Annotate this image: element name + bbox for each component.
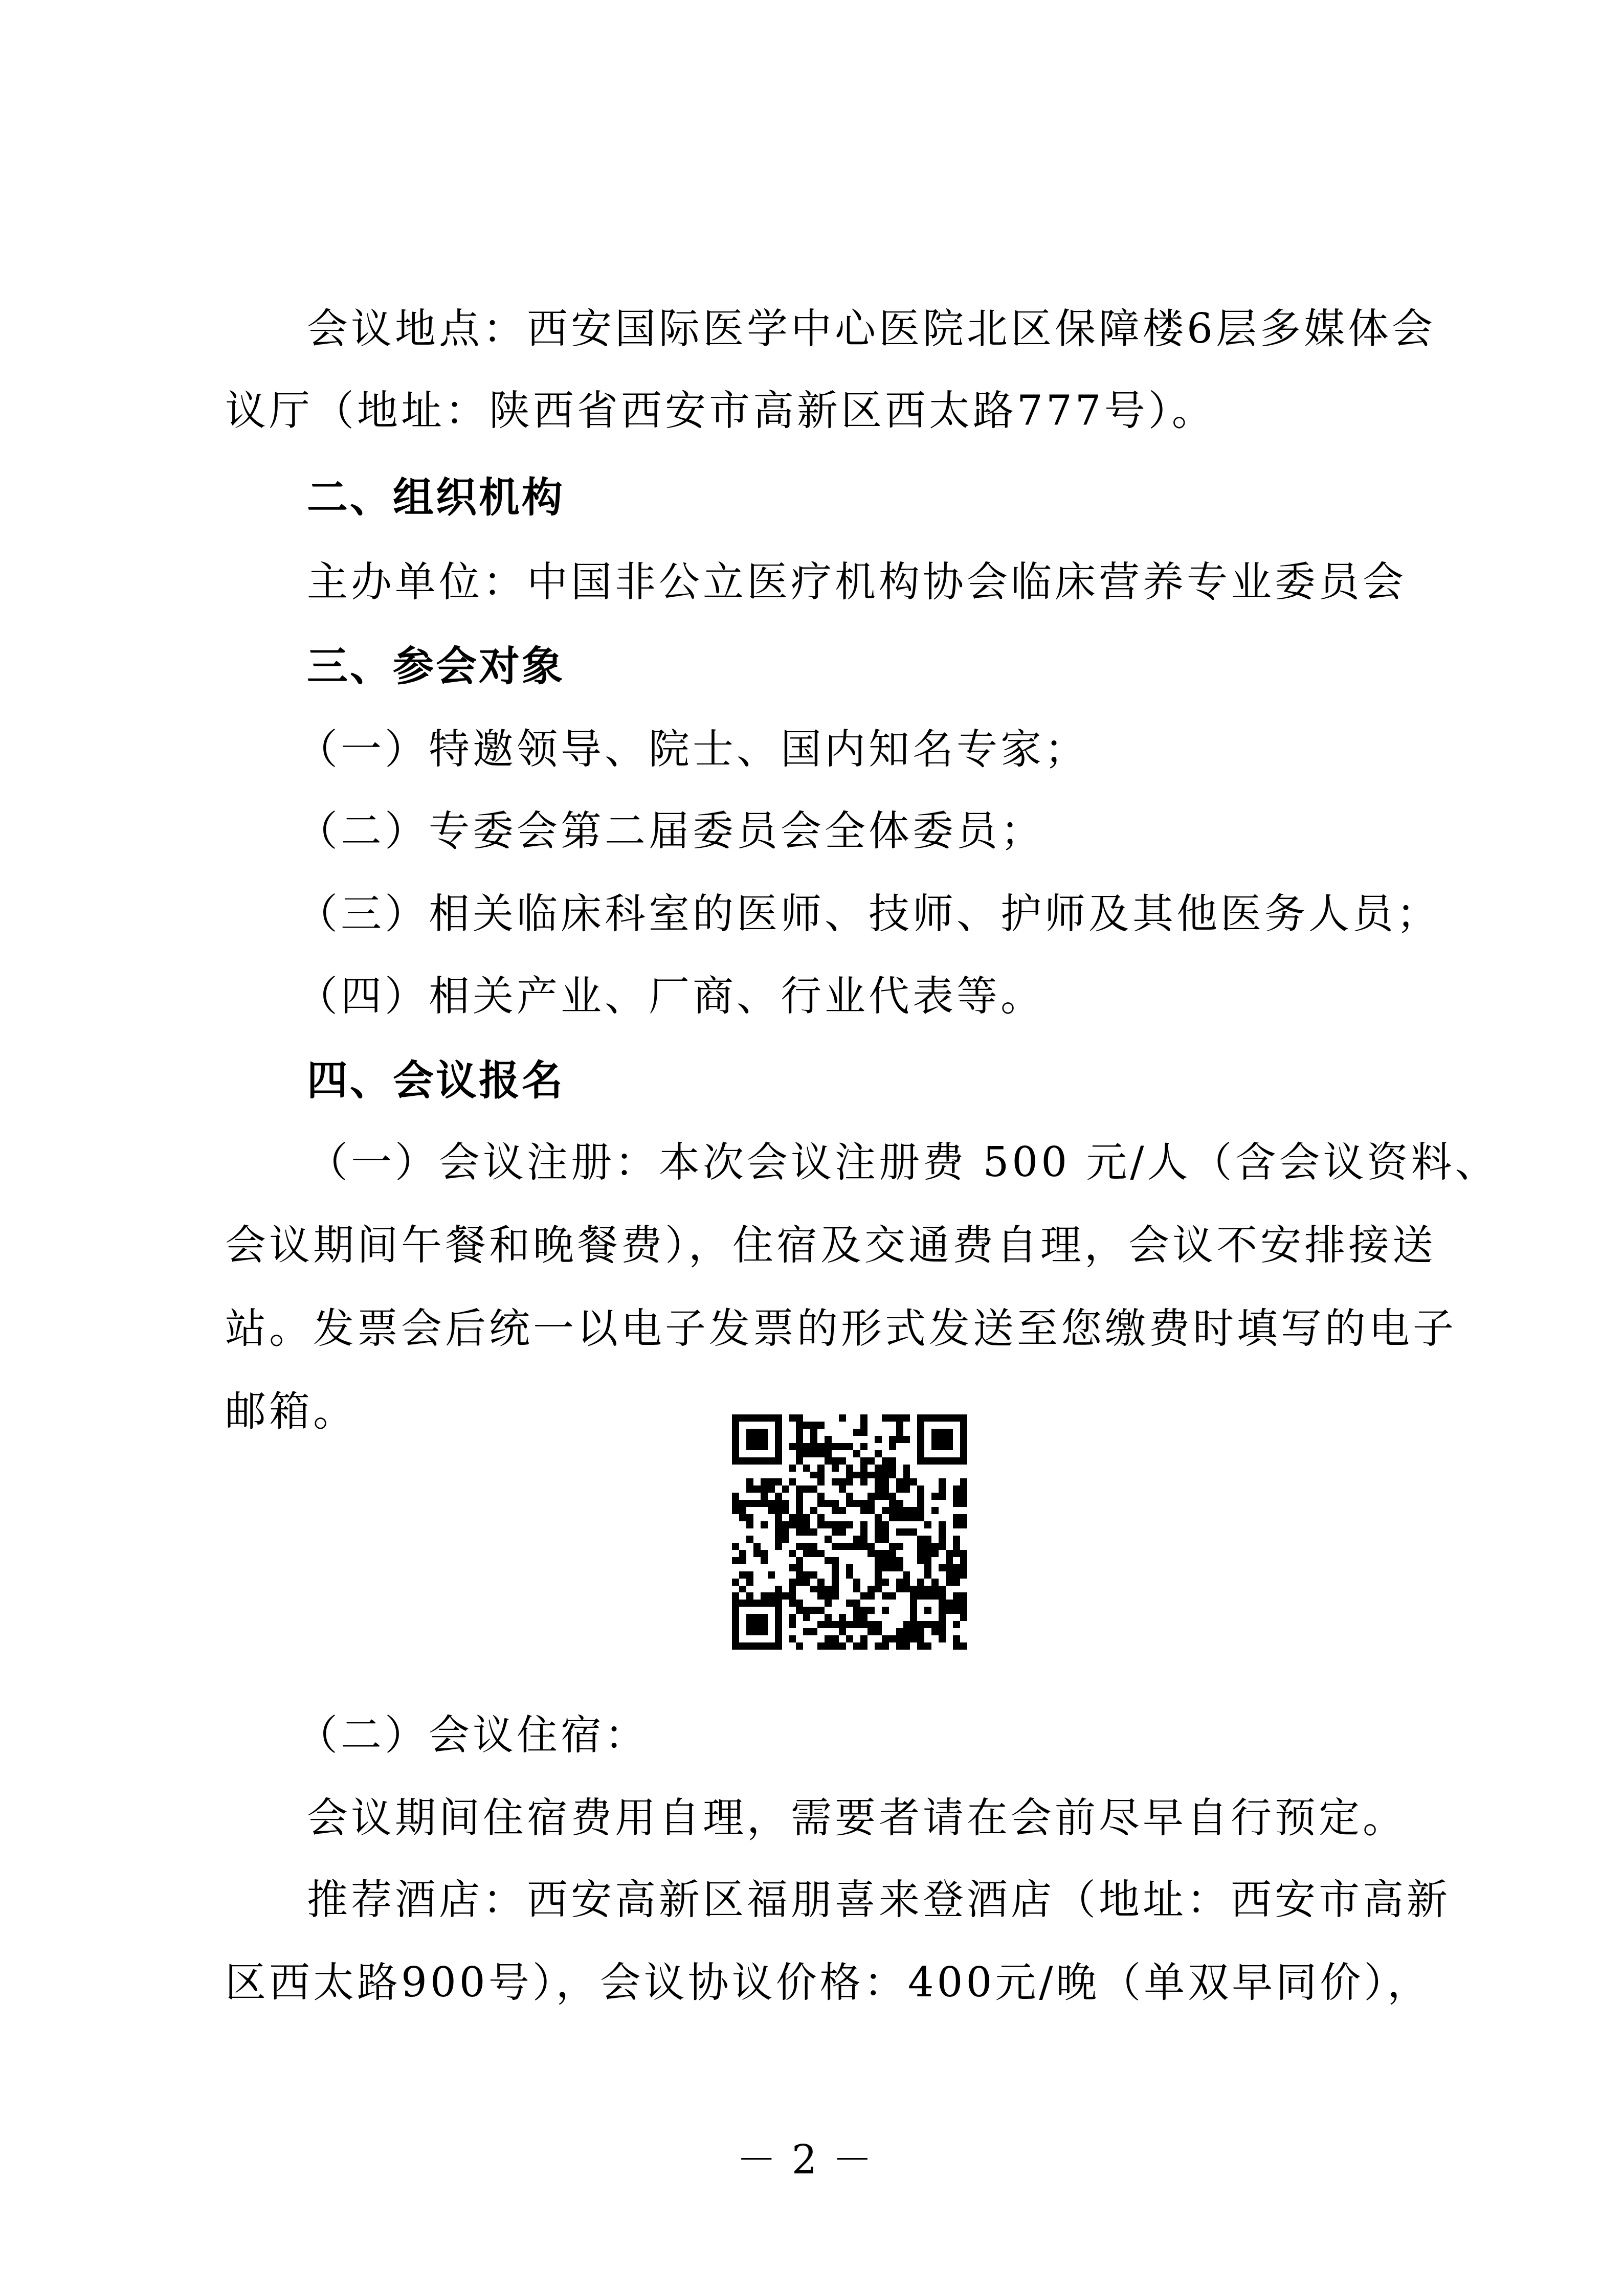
page-number: －2－ [0, 2132, 1624, 2189]
section-title-registration: 四、会议报名 [307, 1052, 1509, 1109]
venue-line-2: 议厅（地址：陕西省西安市高新区西太路777号）。 [225, 382, 1427, 439]
section-title-attendees: 三、参会对象 [307, 638, 1509, 694]
hotel-line-1: 推荐酒店：西安高新区福朋喜来登酒店（地址：西安市高新 [307, 1872, 1427, 1928]
lodging-line-1: 会议期间住宿费用自理，需要者请在会前尽早自行预定。 [307, 1790, 1509, 1846]
venue-line-1: 会议地点：西安国际医学中心医院北区保障楼6层多媒体会 [307, 301, 1427, 357]
document-page: 会议地点：西安国际医学中心医院北区保障楼6层多媒体会 议厅（地址：陕西省西安市高… [0, 0, 1624, 2296]
hotel-line-2: 区西太路900号），会议协议价格：400元/晚（单双早同价）， [225, 1954, 1427, 2011]
attendee-item-2: （二）专委会第二届委员会全体委员； [297, 803, 1499, 859]
registration-line-3: 站。发票会后统一以电子发票的形式发送至您缴费时填写的电子 [225, 1300, 1427, 1357]
lodging-title: （二）会议住宿： [297, 1707, 1499, 1763]
qr-code-icon [732, 1414, 967, 1650]
section-title-organization: 二、组织机构 [307, 469, 1509, 526]
attendee-item-4: （四）相关产业、厂商、行业代表等。 [297, 968, 1499, 1024]
registration-line-1: （一）会议注册：本次会议注册费 500 元/人（含会议资料、 [307, 1134, 1427, 1190]
attendee-item-1: （一）特邀领导、院士、国内知名专家； [297, 721, 1499, 777]
registration-line-2: 会议期间午餐和晚餐费），住宿及交通费自理，会议不安排接送 [225, 1217, 1427, 1273]
organizer-line: 主办单位：中国非公立医疗机构协会临床营养专业委员会 [307, 554, 1509, 610]
attendee-item-3: （三）相关临床科室的医师、技师、护师及其他医务人员； [297, 886, 1499, 942]
